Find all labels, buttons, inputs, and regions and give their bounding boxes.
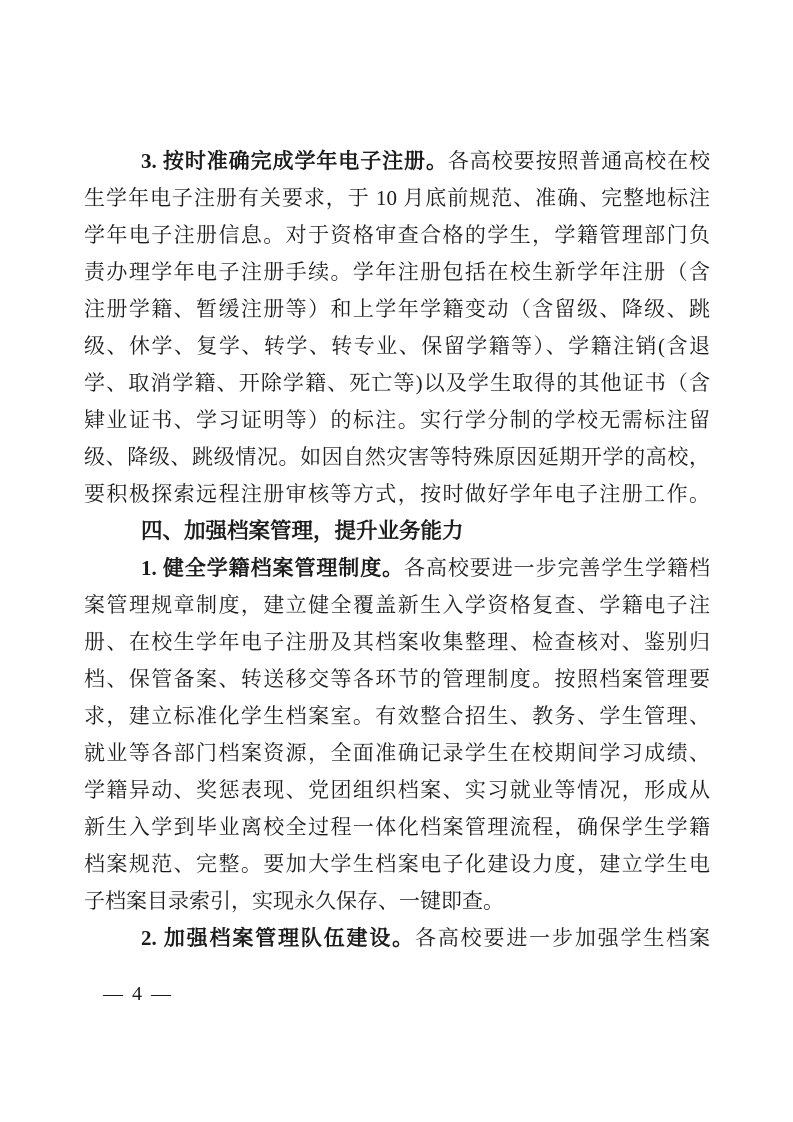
text-line: 求，建立标准化学生档案室。有效整合招生、教务、学生管理、 bbox=[84, 698, 710, 735]
body-text: 学、取消学籍、开除学籍、死亡等)以及学生取得的其他证书（含 bbox=[84, 371, 710, 395]
text-line: 要积极探索远程注册审核等方式，按时做好学年电子注册工作。 bbox=[84, 476, 710, 513]
text-line: 2. 加强档案管理队伍建设。各高校要进一步加强学生档案 bbox=[84, 920, 710, 957]
text-line: 册、在校生学年电子注册及其档案收集整理、检查核对、鉴别归 bbox=[84, 624, 710, 661]
body-text: 责办理学年电子注册手续。学年注册包括在校生新学年注册（含 bbox=[84, 260, 710, 284]
body-text: 学年电子注册信息。对于资格审查合格的学生，学籍管理部门负 bbox=[84, 223, 710, 247]
document-body: 3. 按时准确完成学年电子注册。各高校要按照普通高校在校生学年电子注册有关要求，… bbox=[84, 143, 710, 957]
text-line: 档案规范、完整。要加大学生档案电子化建设力度，建立学生电 bbox=[84, 846, 710, 883]
text-line: 注册学籍、暂缓注册等）和上学年学籍变动（含留级、降级、跳 bbox=[84, 291, 710, 328]
body-text: 案管理规章制度，建立健全覆盖新生入学资格复查、学籍电子注 bbox=[84, 593, 710, 617]
item-heading-text: 3. 按时准确完成学年电子注册。 bbox=[141, 149, 448, 173]
text-line: 子档案目录索引，实现永久保存、一键即查。 bbox=[84, 883, 710, 920]
text-line: 案管理规章制度，建立健全覆盖新生入学资格复查、学籍电子注 bbox=[84, 587, 710, 624]
text-line: 3. 按时准确完成学年电子注册。各高校要按照普通高校在校 bbox=[84, 143, 710, 180]
text-line: 肄业证书、学习证明等）的标注。实行学分制的学校无需标注留 bbox=[84, 402, 710, 439]
text-line: 学籍异动、奖惩表现、党团组织档案、实习就业等情况，形成从 bbox=[84, 772, 710, 809]
page-number: — 4 — bbox=[103, 983, 173, 1006]
item-heading-text: 1. 健全学籍档案管理制度。 bbox=[141, 556, 404, 580]
body-text: 档、保管备案、转送移交等各环节的管理制度。按照档案管理要 bbox=[84, 667, 710, 691]
section-heading-text: 四、加强档案管理，提升业务能力 bbox=[141, 519, 464, 543]
text-line: 学、取消学籍、开除学籍、死亡等)以及学生取得的其他证书（含 bbox=[84, 365, 710, 402]
body-text: 册、在校生学年电子注册及其档案收集整理、检查核对、鉴别归 bbox=[84, 630, 710, 654]
body-text: 新生入学到毕业离校全过程一体化档案管理流程，确保学生学籍 bbox=[84, 815, 710, 839]
body-text: 各高校要按照普通高校在校 bbox=[448, 149, 710, 173]
body-text: 学籍异动、奖惩表现、党团组织档案、实习就业等情况，形成从 bbox=[84, 778, 710, 802]
text-line: 1. 健全学籍档案管理制度。各高校要进一步完善学生学籍档 bbox=[84, 550, 710, 587]
text-line: 生学年电子注册有关要求，于 10 月底前规范、准确、完整地标注 bbox=[84, 180, 710, 217]
body-text: 档案规范、完整。要加大学生档案电子化建设力度，建立学生电 bbox=[84, 852, 710, 876]
body-text: 就业等各部门档案资源，全面准确记录学生在校期间学习成绩、 bbox=[84, 741, 710, 765]
text-line: 档、保管备案、转送移交等各环节的管理制度。按照档案管理要 bbox=[84, 661, 710, 698]
text-line: 责办理学年电子注册手续。学年注册包括在校生新学年注册（含 bbox=[84, 254, 710, 291]
body-text: 注册学籍、暂缓注册等）和上学年学籍变动（含留级、降级、跳 bbox=[84, 297, 710, 321]
text-line: 新生入学到毕业离校全过程一体化档案管理流程，确保学生学籍 bbox=[84, 809, 710, 846]
text-line: 学年电子注册信息。对于资格审查合格的学生，学籍管理部门负 bbox=[84, 217, 710, 254]
item-heading-text: 2. 加强档案管理队伍建设。 bbox=[141, 926, 415, 950]
text-line: 四、加强档案管理，提升业务能力 bbox=[84, 513, 710, 550]
body-text: 级、休学、复学、转学、转专业、保留学籍等）、学籍注销(含退 bbox=[84, 334, 710, 358]
text-line: 级、休学、复学、转学、转专业、保留学籍等）、学籍注销(含退 bbox=[84, 328, 710, 365]
body-text: 生学年电子注册有关要求，于 10 月底前规范、准确、完整地标注 bbox=[84, 186, 710, 210]
text-line: 就业等各部门档案资源，全面准确记录学生在校期间学习成绩、 bbox=[84, 735, 710, 772]
body-text: 级、降级、跳级情况。如因自然灾害等特殊原因延期开学的高校， bbox=[84, 445, 710, 469]
body-text: 肄业证书、学习证明等）的标注。实行学分制的学校无需标注留 bbox=[84, 408, 710, 432]
body-text: 各高校要进一步加强学生档案 bbox=[415, 926, 710, 950]
body-text: 求，建立标准化学生档案室。有效整合招生、教务、学生管理、 bbox=[84, 704, 710, 728]
body-text: 各高校要进一步完善学生学籍档 bbox=[404, 556, 710, 580]
body-text: 要积极探索远程注册审核等方式，按时做好学年电子注册工作。 bbox=[84, 482, 710, 506]
text-line: 级、降级、跳级情况。如因自然灾害等特殊原因延期开学的高校， bbox=[84, 439, 710, 476]
body-text: 子档案目录索引，实现永久保存、一键即查。 bbox=[84, 889, 504, 913]
document-page: 3. 按时准确完成学年电子注册。各高校要按照普通高校在校生学年电子注册有关要求，… bbox=[0, 0, 793, 1122]
